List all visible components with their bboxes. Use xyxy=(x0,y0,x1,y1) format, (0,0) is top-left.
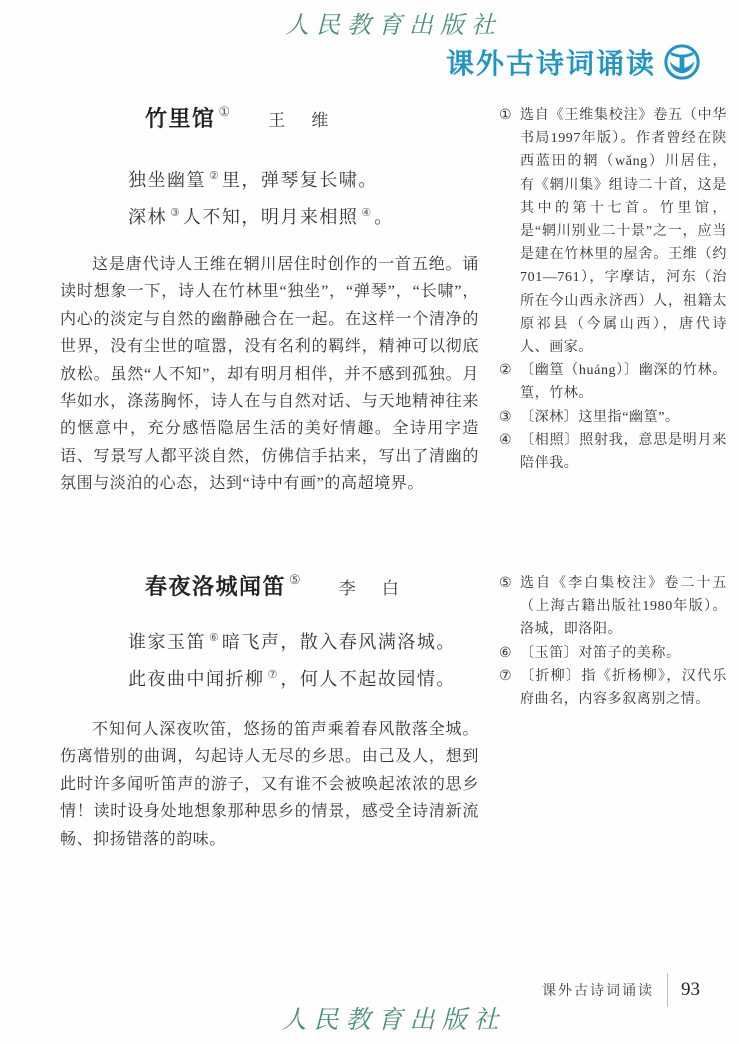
textbook-page: 人民教育出版社 课外古诗词诵读 竹里馆① 王 维 独坐幽篁②里，弹琴复长啸。 深… xyxy=(0,0,739,1044)
poem1-title: 竹里馆 xyxy=(145,106,216,131)
poem-line-text: ，何人不起故园情。 xyxy=(280,669,456,689)
poem-line: 独坐幽篁②里，弹琴复长啸。 xyxy=(128,160,394,197)
poem-line: 此夜曲中闻折柳⑦，何人不起故园情。 xyxy=(128,659,456,696)
annotation-ref: ④ xyxy=(361,207,371,219)
annotations-poem2: ⑤ 选自《李白集校注》卷二十五（上海古籍出版社1980年版）。洛城，即洛阳。 ⑥… xyxy=(499,572,727,711)
poem-line-text: 谁家玉笛 xyxy=(128,632,206,652)
annotation-number: ⑤ xyxy=(499,572,520,595)
annotation-item: ⑤ 选自《李白集校注》卷二十五（上海古籍出版社1980年版）。洛城，即洛阳。 xyxy=(499,572,727,642)
annotation-text: 选自《王维集校注》卷五（中华书局1997年版）。作者曾经在陕西蓝田的辋（wǎng… xyxy=(520,104,727,359)
annotation-item: ① 选自《王维集校注》卷五（中华书局1997年版）。作者曾经在陕西蓝田的辋（wǎ… xyxy=(499,104,727,359)
annotation-item: ⑦ 〔折柳〕指《折杨柳》，汉代乐府曲名，内容多叙离别之情。 xyxy=(499,665,727,711)
annotation-item: ⑥ 〔玉笛〕对笛子的美称。 xyxy=(499,642,727,665)
poem2-title: 春夜洛城闻笛 xyxy=(145,574,286,599)
page-header: 课外古诗词诵读 xyxy=(446,42,701,82)
annotation-text: 〔相照〕照射我，意思是明月来陪伴我。 xyxy=(520,429,727,475)
poem-line-text: 人不知，明月来相照 xyxy=(183,207,359,227)
annotation-item: ③ 〔深林〕这里指“幽篁”。 xyxy=(499,406,727,429)
annotations-poem1: ① 选自《王维集校注》卷五（中华书局1997年版）。作者曾经在陕西蓝田的辋（wǎ… xyxy=(499,104,727,475)
poem-line-text: 独坐幽篁 xyxy=(128,170,206,190)
poem-line: 深林③人不知，明月来相照④。 xyxy=(128,197,394,234)
page-number: 93 xyxy=(681,979,700,1001)
poem1-commentary: 这是唐代诗人王维在辋川居住时创作的一首五绝。诵读时想象一下，诗人在竹林里“独坐”… xyxy=(60,251,479,498)
poem2-heading: 春夜洛城闻笛⑤ 李 白 xyxy=(145,570,399,601)
poem1-text: 独坐幽篁②里，弹琴复长啸。 深林③人不知，明月来相照④。 xyxy=(128,160,394,234)
annotation-number: ⑦ xyxy=(499,665,520,688)
annotation-ref: ③ xyxy=(170,207,180,219)
annotation-text: 〔玉笛〕对笛子的美称。 xyxy=(520,642,727,665)
poem-line-text: 深林 xyxy=(128,207,167,227)
poem2-commentary: 不知何人深夜吹笛，悠扬的笛声乘着春风散落全城。伤离惜别的曲调，勾起诗人无尽的乡思… xyxy=(60,716,479,853)
poem2-title-annotation-ref: ⑤ xyxy=(289,572,301,587)
annotation-text: 〔深林〕这里指“幽篁”。 xyxy=(520,406,727,429)
annotation-item: ② 〔幽篁（huáng）〕幽深的竹林。篁，竹林。 xyxy=(499,359,727,405)
poem-line-text: 此夜曲中闻折柳 xyxy=(128,669,265,689)
publisher-logo-top: 人民教育出版社 xyxy=(24,5,739,40)
annotation-number: ④ xyxy=(499,429,520,452)
annotation-ref: ⑦ xyxy=(268,669,278,681)
anchor-icon xyxy=(663,43,701,81)
annotation-text: 〔折柳〕指《折杨柳》，汉代乐府曲名，内容多叙离别之情。 xyxy=(520,665,727,711)
annotation-number: ③ xyxy=(499,406,520,429)
poem-line: 谁家玉笛⑥暗飞声，散入春风满洛城。 xyxy=(128,622,456,659)
annotation-text: 〔幽篁（huáng）〕幽深的竹林。篁，竹林。 xyxy=(520,359,727,405)
poem-line-text: 里，弹琴复长啸。 xyxy=(222,170,378,190)
footer-section-label: 课外古诗词诵读 xyxy=(542,980,654,1000)
publisher-logo-bottom: 人民教育出版社 xyxy=(24,1000,739,1036)
annotation-ref: ⑥ xyxy=(209,632,219,644)
annotation-number: ② xyxy=(499,359,520,382)
poem2-author: 李 白 xyxy=(339,579,399,598)
annotation-number: ① xyxy=(499,104,520,127)
annotation-number: ⑥ xyxy=(499,642,520,665)
poem-line-text: 暗飞声，散入春风满洛城。 xyxy=(222,632,456,652)
poem2-text: 谁家玉笛⑥暗飞声，散入春风满洛城。 此夜曲中闻折柳⑦，何人不起故园情。 xyxy=(128,622,456,696)
annotation-text: 选自《李白集校注》卷二十五（上海古籍出版社1980年版）。洛城，即洛阳。 xyxy=(520,572,727,642)
section-title: 课外古诗词诵读 xyxy=(446,42,656,82)
annotation-item: ④ 〔相照〕照射我，意思是明月来陪伴我。 xyxy=(499,429,727,475)
poem1-author: 王 维 xyxy=(268,111,328,130)
poem1-heading: 竹里馆① 王 维 xyxy=(145,102,328,133)
poem1-title-annotation-ref: ① xyxy=(219,104,231,119)
annotation-ref: ② xyxy=(209,170,219,182)
poem-line-text: 。 xyxy=(374,207,394,227)
